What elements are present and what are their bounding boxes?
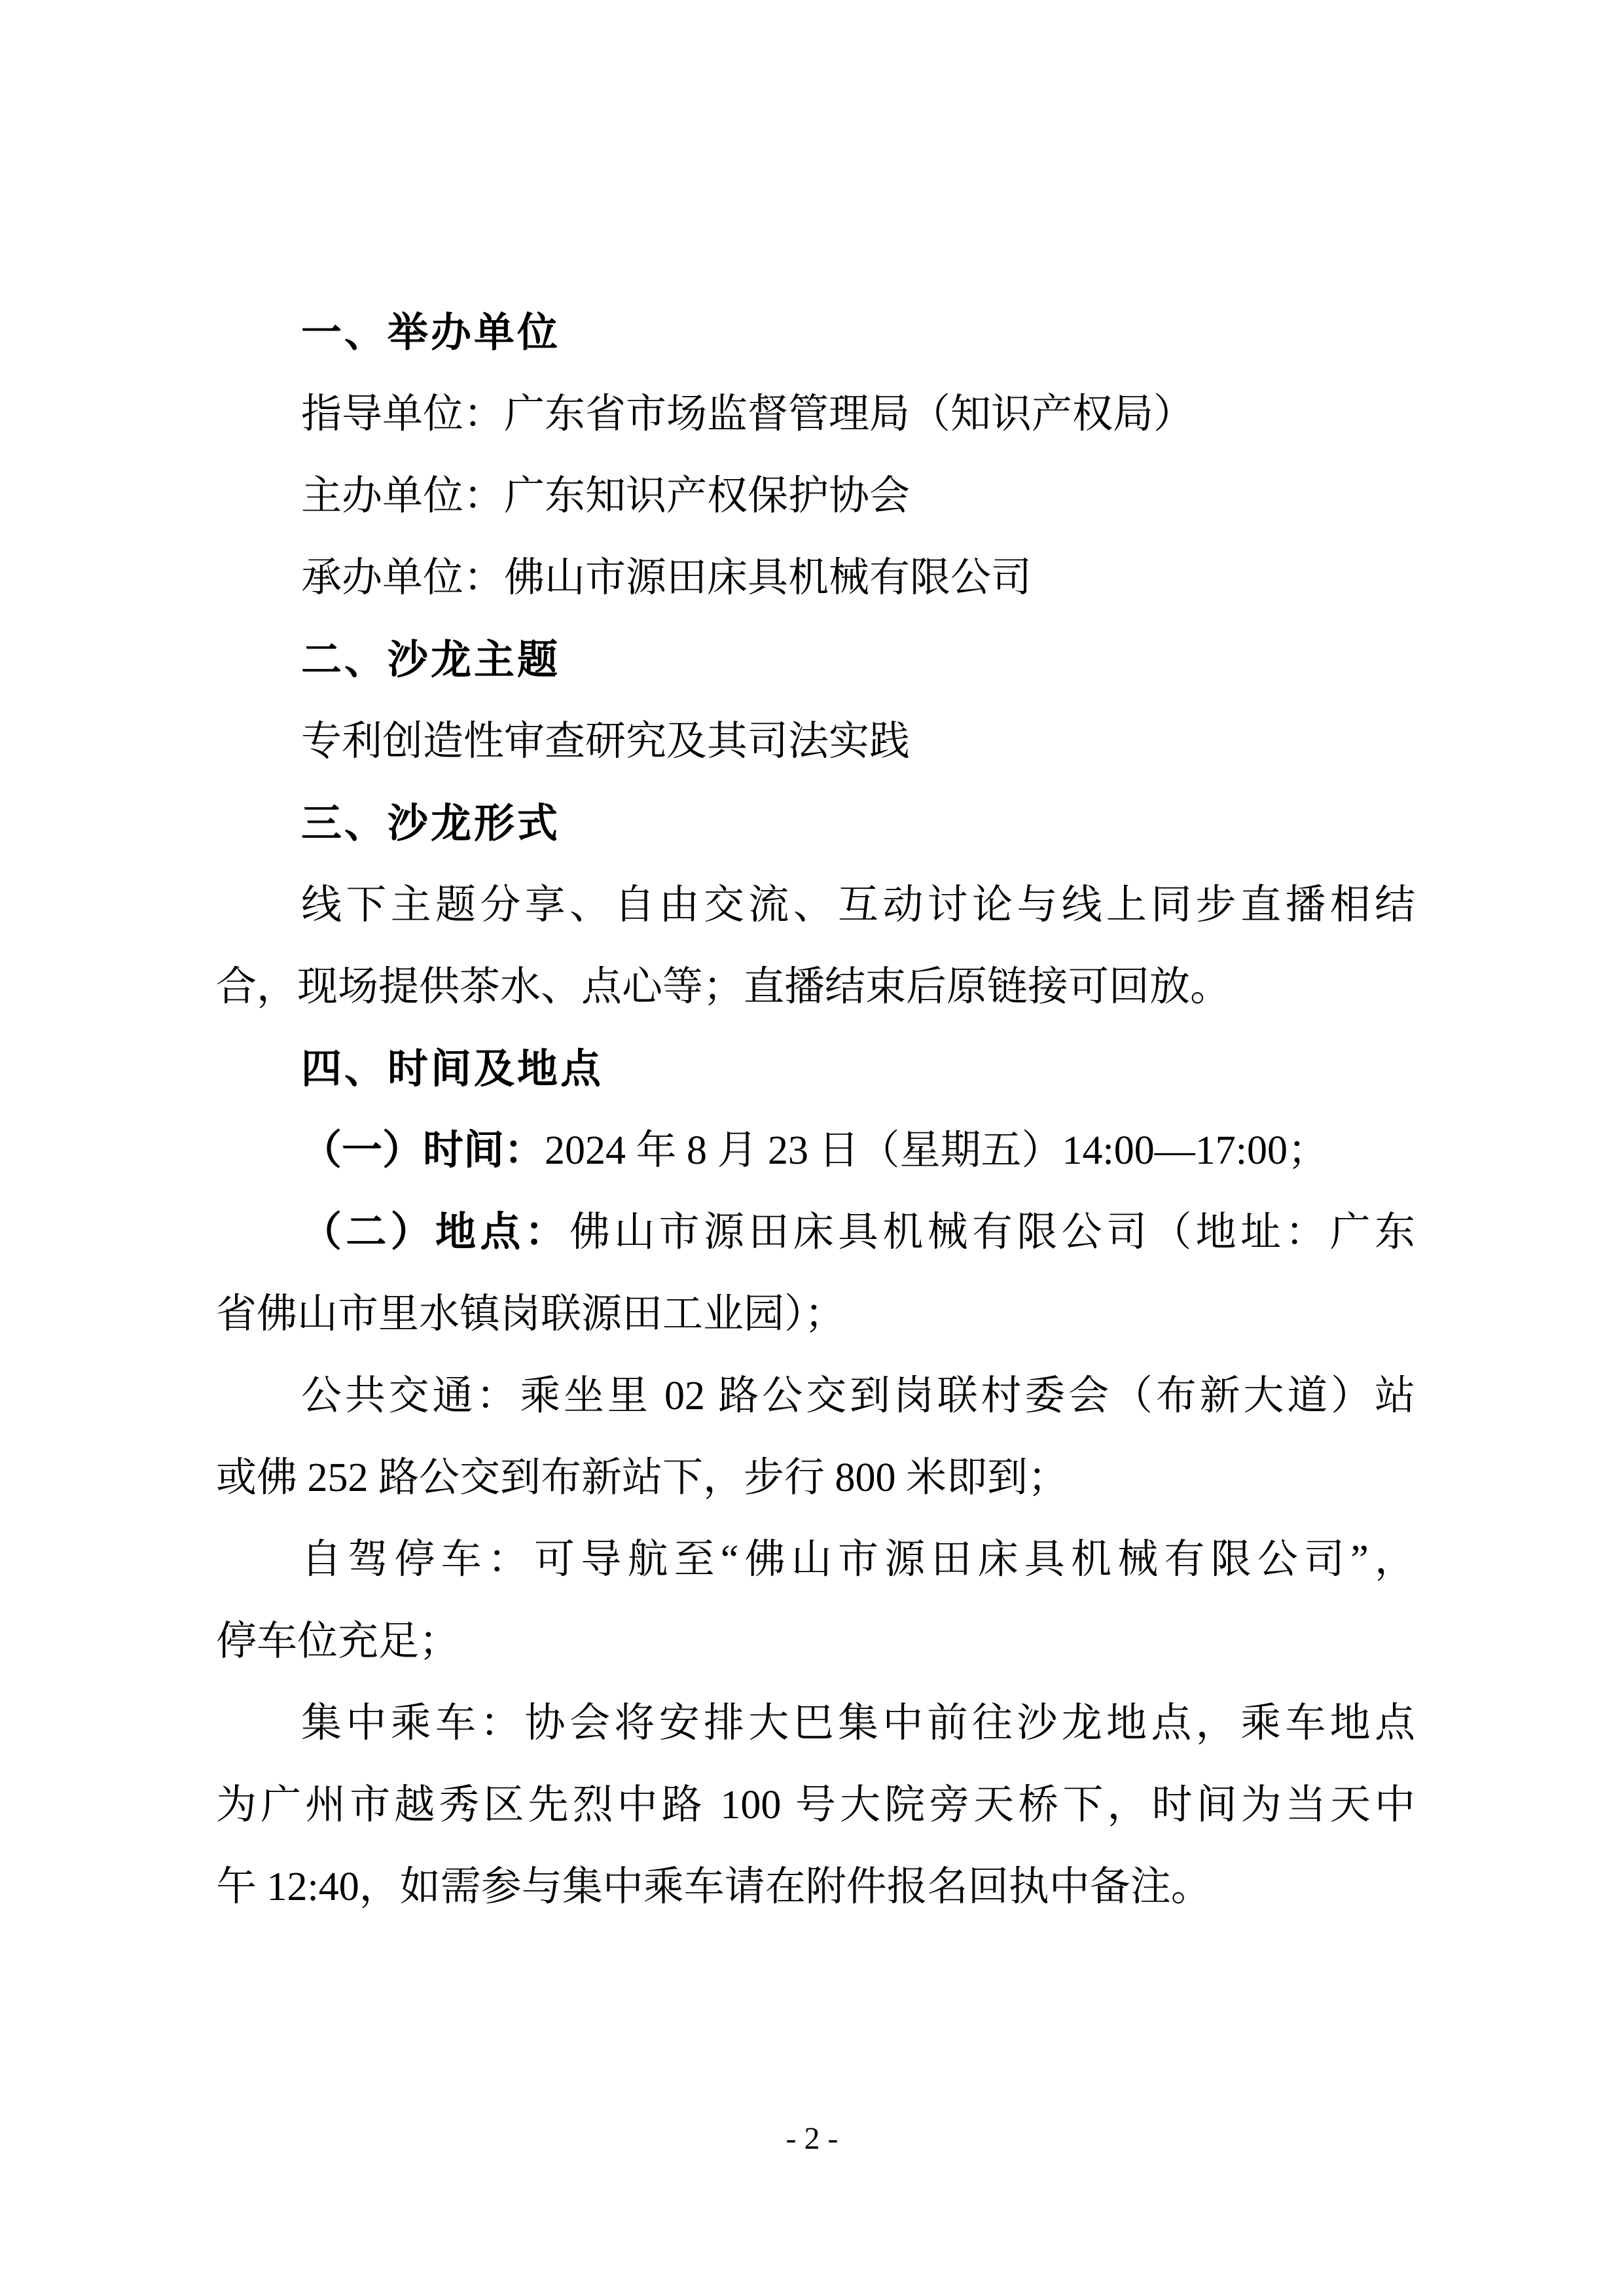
section-1-heading: 一、举办单位: [216, 292, 1415, 374]
parking-line-2: 停车位充足；: [216, 1601, 1415, 1683]
venue-label: （二）地点：: [301, 1210, 569, 1255]
parking-line-1: 自驾停车：可导航至“佛山市源田床具机械有限公司”，: [216, 1519, 1415, 1601]
shuttle-line-1: 集中乘车：协会将安排大巴集中前往沙龙地点，乘车地点: [216, 1683, 1415, 1765]
guide-unit-line: 指导单位：广东省市场监督管理局（知识产权局）: [216, 374, 1415, 456]
time-value: 2024 年 8 月 23 日（星期五）14:00—17:00；: [545, 1128, 1328, 1173]
document-page: 一、举办单位 指导单位：广东省市场监督管理局（知识产权局） 主办单位：广东知识产…: [0, 0, 1624, 2296]
transit-line-1: 公共交通：乘坐里 02 路公交到岗联村委会（布新大道）站: [216, 1355, 1415, 1437]
venue-line-1: （二）地点：佛山市源田床具机械有限公司（地址：广东: [216, 1192, 1415, 1274]
venue-value: 佛山市源田床具机械有限公司（地址：广东: [569, 1210, 1415, 1255]
venue-line-2: 省佛山市里水镇岗联源田工业园）；: [216, 1274, 1415, 1355]
salon-format-line-2: 合，现场提供茶水、点心等；直播结束后原链接可回放。: [216, 946, 1415, 1028]
section-3-heading: 三、沙龙形式: [216, 783, 1415, 865]
organizer-unit-line: 承办单位：佛山市源田床具机械有限公司: [216, 537, 1415, 619]
shuttle-line-3: 午 12:40，如需参与集中乘车请在附件报名回执中备注。: [216, 1846, 1415, 1928]
salon-topic-line: 专利创造性审查研究及其司法实践: [216, 701, 1415, 783]
host-unit-line: 主办单位：广东知识产权保护协会: [216, 456, 1415, 537]
salon-format-line-1: 线下主题分享、自由交流、互动讨论与线上同步直播相结: [216, 865, 1415, 946]
section-4-heading: 四、时间及地点: [216, 1028, 1415, 1110]
time-label: （一）时间：: [301, 1128, 545, 1173]
shuttle-line-2: 为广州市越秀区先烈中路 100 号大院旁天桥下，时间为当天中: [216, 1765, 1415, 1846]
document-body: 一、举办单位 指导单位：广东省市场监督管理局（知识产权局） 主办单位：广东知识产…: [216, 292, 1415, 1928]
page-number: - 2 -: [0, 2119, 1624, 2159]
transit-line-2: 或佛 252 路公交到布新站下，步行 800 米即到；: [216, 1437, 1415, 1519]
section-2-heading: 二、沙龙主题: [216, 619, 1415, 701]
time-line: （一）时间：2024 年 8 月 23 日（星期五）14:00—17:00；: [216, 1110, 1415, 1192]
